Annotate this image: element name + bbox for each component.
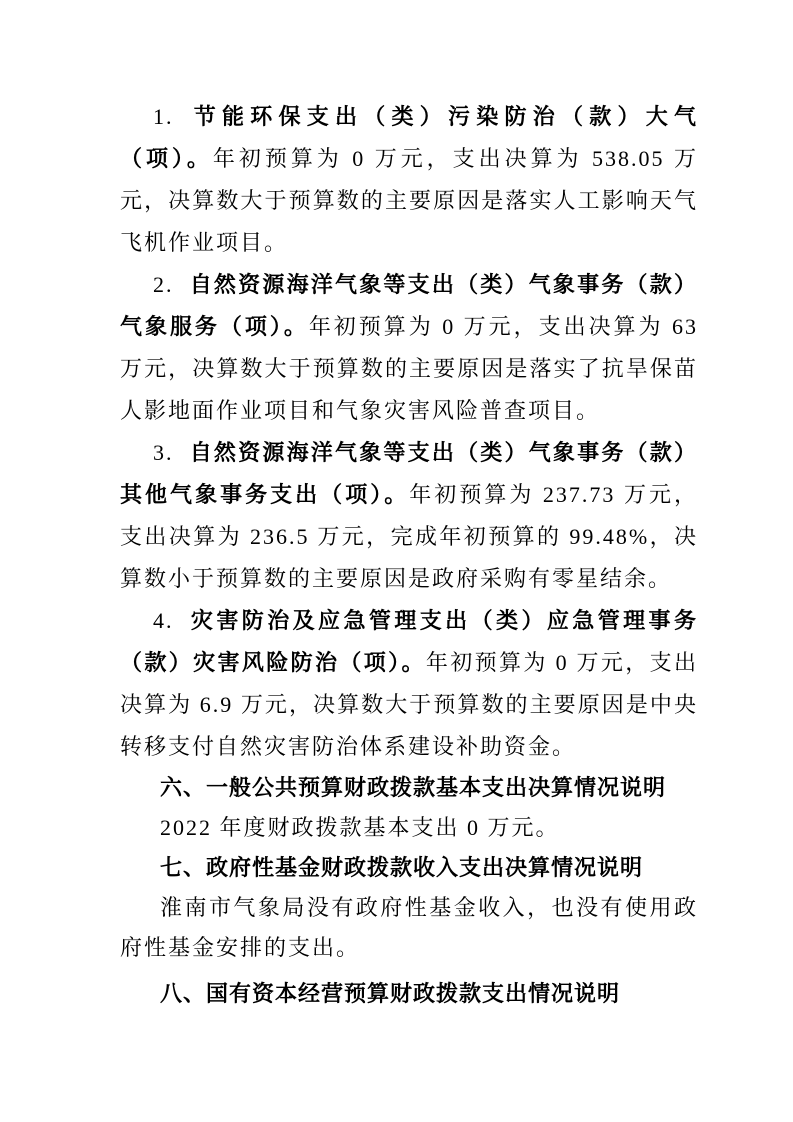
section-6-body: 2022 年度财政拨款基本支出 0 万元。 — [120, 808, 698, 848]
section-6-heading: 六、一般公共预算财政拨款基本支出决算情况说明 — [120, 768, 698, 808]
paragraph-3-number: 3. — [153, 440, 174, 465]
document-page: 1.节能环保支出（类）污染防治（款）大气（项）。年初预算为 0 万元，支出决算为… — [0, 0, 793, 1122]
paragraph-2-number: 2. — [153, 272, 174, 297]
numbered-paragraph-2: 2.自然资源海洋气象等支出（类）气象事务（款）气象服务（项）。年初预算为 0 万… — [120, 264, 698, 432]
section-8-heading: 八、国有资本经营预算财政拨款支出情况说明 — [120, 974, 698, 1014]
summary-sections: 六、一般公共预算财政拨款基本支出决算情况说明 2022 年度财政拨款基本支出 0… — [120, 768, 698, 1014]
section-7-heading: 七、政府性基金财政拨款收入支出决算情况说明 — [120, 848, 698, 888]
document-content: 1.节能环保支出（类）污染防治（款）大气（项）。年初预算为 0 万元，支出决算为… — [120, 96, 698, 1014]
paragraph-1-number: 1. — [153, 104, 174, 129]
section-7-body: 淮南市气象局没有政府性基金收入，也没有使用政府性基金安排的支出。 — [120, 888, 698, 968]
paragraph-4-number: 4. — [153, 608, 174, 633]
numbered-paragraph-3: 3.自然资源海洋气象等支出（类）气象事务（款）其他气象事务支出（项）。年初预算为… — [120, 432, 698, 600]
numbered-paragraph-1: 1.节能环保支出（类）污染防治（款）大气（项）。年初预算为 0 万元，支出决算为… — [120, 96, 698, 264]
numbered-paragraph-4: 4.灾害防治及应急管理支出（类）应急管理事务（款）灾害风险防治（项）。年初预算为… — [120, 600, 698, 768]
